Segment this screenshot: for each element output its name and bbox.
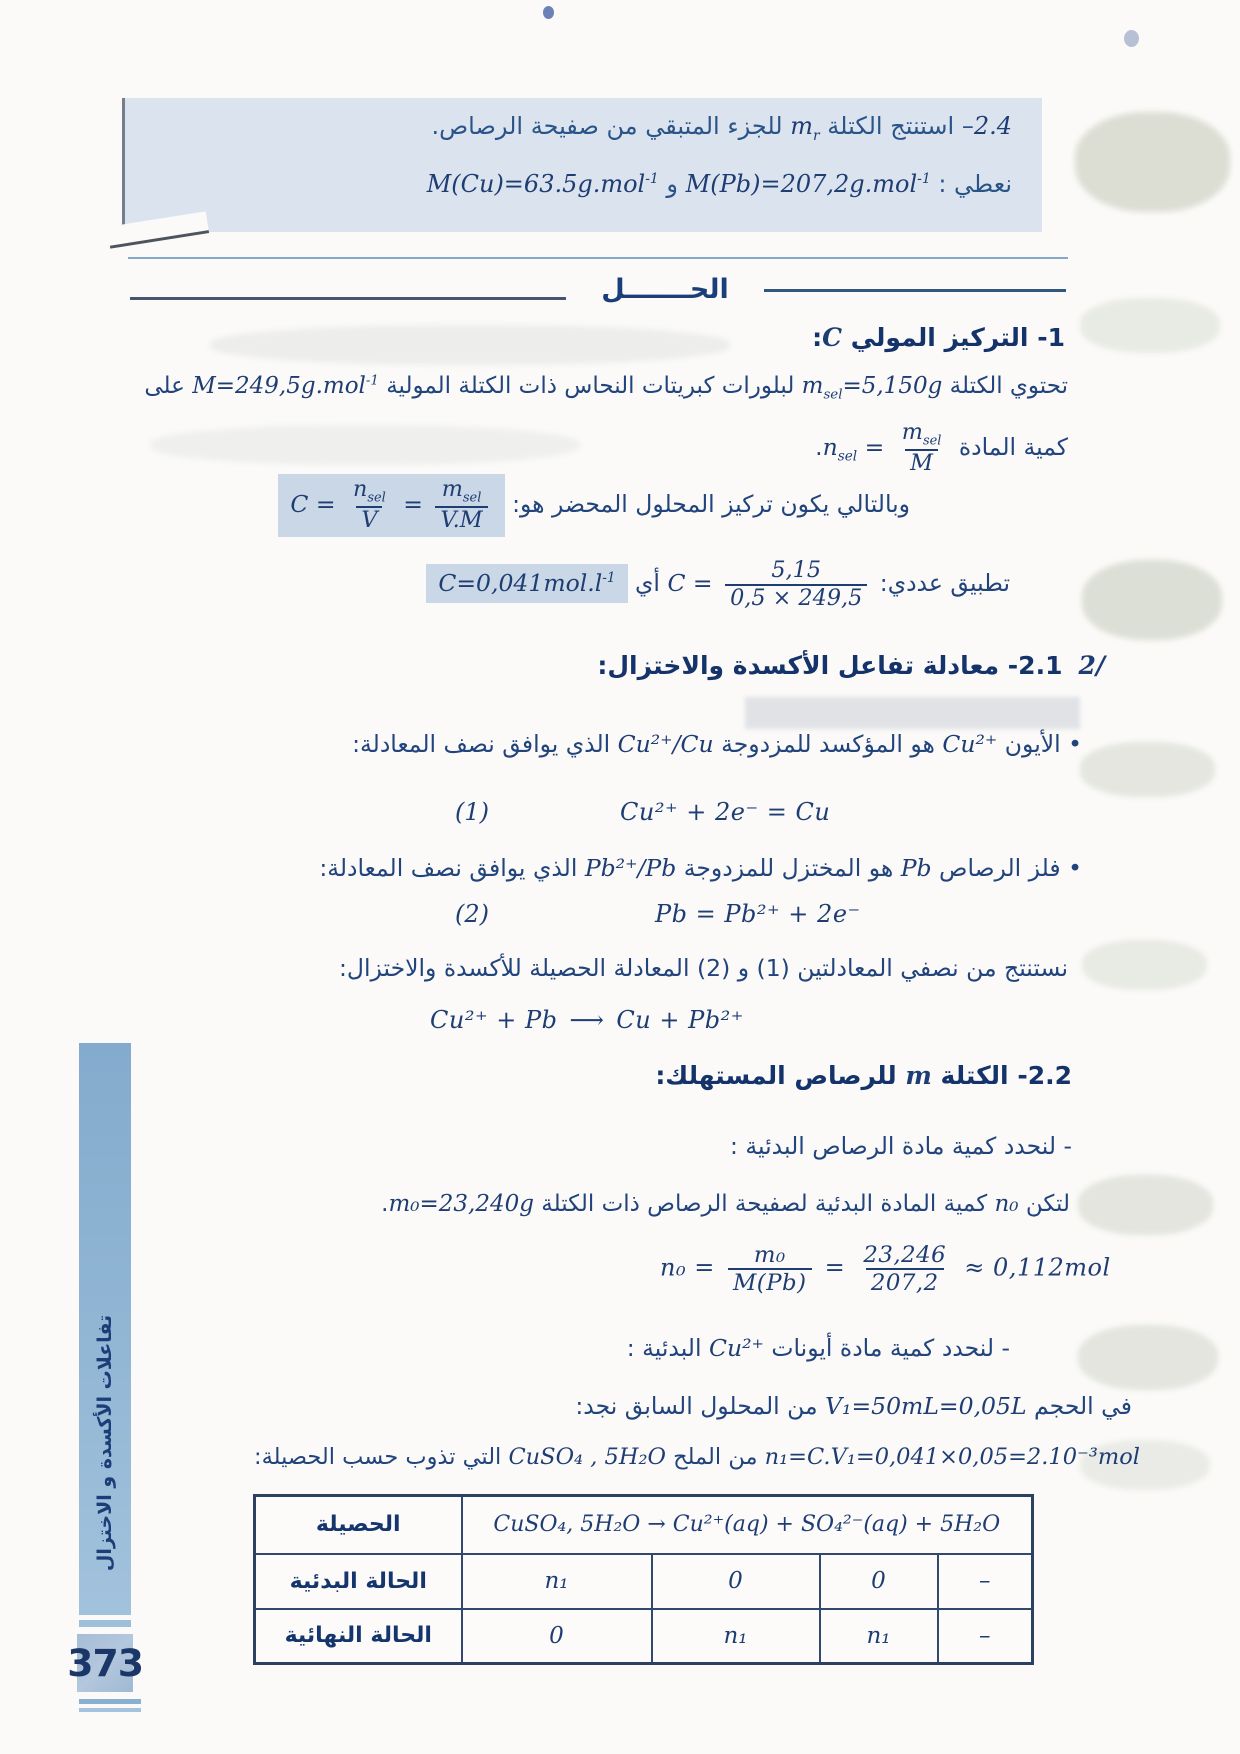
- scan-smudge: [150, 425, 580, 465]
- paragraph-numeric-application: تطبيق عددي: C = 5,150,5 × 249,5 أي C=0,0…: [426, 558, 1010, 611]
- scan-ink-dot: [543, 6, 554, 19]
- divider-rule: [128, 257, 1068, 259]
- question-line-1: 2.4– استنتج الكتلة mr للجزء المتبقي من ص…: [432, 112, 1012, 144]
- table-cell: n₁: [652, 1609, 820, 1664]
- bullet-reductant: • فلز الرصاص Pb هو المختزل للمزدوجة Pb²⁺…: [319, 852, 1082, 885]
- paragraph-volume: في الحجم V₁=50mL=0,05L من المحلول السابق…: [575, 1390, 1132, 1423]
- solution-divider-line: [764, 289, 1066, 292]
- solution-title: الحـــــــل: [566, 274, 764, 305]
- given-values-line: نعطي : M(Pb)=207,2g.mol-1 و M(Cu)=63.5g.…: [427, 170, 1012, 198]
- n0-equation: n₀ = m₀M(Pb) = 23,246207,2 ≈ 0,112mol: [660, 1242, 1111, 1296]
- row-label: الحالة النهائية: [255, 1609, 462, 1664]
- equation-1-label: (1): [455, 798, 489, 826]
- sidebar-tab: تفاعلات الأكسدة و الاختزال: [79, 1043, 131, 1615]
- scan-smudge: [1080, 742, 1215, 797]
- paragraph-n1-salt: n₁=C.V₁=0,041×0,05=2.10⁻³mol من الملح Cu…: [254, 1442, 1140, 1474]
- table-corner-label: الحصيلة: [255, 1496, 462, 1554]
- question-text: – استنتج الكتلة: [820, 112, 974, 140]
- section-22-heading: 2.2- الكتلة m للرصاص المستهلك:: [655, 1058, 1072, 1093]
- sidebar-strip: [79, 1708, 141, 1712]
- n1-value: n₁=C.V₁=0,041×0,05=2.10⁻³mol: [765, 1442, 1140, 1474]
- given-label: نعطي :: [931, 170, 1012, 198]
- and-word: و: [659, 170, 686, 198]
- table-cell: –: [938, 1609, 1033, 1664]
- table-cell: n₁: [462, 1554, 652, 1609]
- paragraph-n0-definition: لتكن n₀ كمية المادة البدئية لصفيحة الرصا…: [381, 1188, 1070, 1220]
- page-number: 373: [67, 1642, 143, 1685]
- table-cell: –: [938, 1554, 1033, 1609]
- page-number-badge: 373: [77, 1634, 133, 1692]
- table-row-final: الحالة النهائية 0 n₁ n₁ –: [255, 1609, 1033, 1664]
- paragraph-cu-ions: - لنحدد كمية مادة أيونات Cu²⁺ البدئية :: [627, 1332, 1010, 1365]
- solution-divider-line: [130, 297, 566, 300]
- exercise-marker: 2/: [1078, 648, 1105, 683]
- molar-mass-value: M=249,5g.mol-1: [192, 370, 379, 402]
- m0-value: m₀=23,240g: [388, 1188, 534, 1220]
- sidebar-label: تفاعلات الأكسدة و الاختزال: [94, 1315, 116, 1571]
- row-label: الحالة البدئية: [255, 1554, 462, 1609]
- table-cell: 0: [462, 1609, 652, 1664]
- question-box: 2.4– استنتج الكتلة mr للجزء المتبقي من ص…: [122, 98, 1042, 232]
- msel-value: msel=5,150g: [802, 370, 943, 405]
- balance-table: الحصيلة CuSO₄, 5H₂O → Cu²⁺(aq) + SO₄²⁻(a…: [253, 1494, 1034, 1665]
- equation-1: Cu²⁺ + 2e⁻ = Cu: [620, 798, 830, 826]
- scan-smudge: [1075, 112, 1230, 212]
- scan-smudge: [1082, 560, 1222, 640]
- numeric-fraction: C = 5,150,5 × 249,5: [667, 558, 872, 611]
- salt-formula: CuSO₄ , 5H₂O: [508, 1442, 665, 1474]
- paragraph-initial-lead: - لنحدد كمية مادة الرصاص البدئية :: [730, 1130, 1072, 1163]
- section-21-heading: 2/2.1- معادلة تفاعل الأكسدة والاختزال:: [597, 648, 1105, 683]
- sidebar-strip: [79, 1620, 131, 1627]
- table-cell: n₁: [820, 1609, 938, 1664]
- overall-equation: Cu²⁺ + Pb⟶Cu + Pb²⁺: [430, 1006, 744, 1034]
- question-number: 2.4: [974, 112, 1012, 140]
- scan-smudge: [210, 325, 730, 365]
- table-header-row: الحصيلة CuSO₄, 5H₂O → Cu²⁺(aq) + SO₄²⁻(a…: [255, 1496, 1033, 1554]
- sidebar-strip: [79, 1699, 141, 1704]
- paragraph-concentration: وبالتالي يكون تركيز المحلول المحضر هو: C…: [278, 474, 910, 537]
- bullet-oxidant: • الأيون Cu²⁺ هو المؤكسد للمزدوجة Cu²⁺/C…: [352, 728, 1082, 761]
- reaction-arrow: ⟶: [570, 1006, 605, 1034]
- scan-smudge: [1078, 1175, 1213, 1235]
- nsel-formula: nsel = mselM: [823, 420, 952, 477]
- scan-smudge: [1078, 1325, 1218, 1390]
- mass-variable: mr: [790, 112, 819, 144]
- table-equation: CuSO₄, 5H₂O → Cu²⁺(aq) + SO₄²⁻(aq) + 5H₂…: [462, 1496, 1033, 1554]
- paragraph-mass-crystals: تحتوي الكتلة msel=5,150g لبلورات كبريتات…: [144, 370, 1068, 405]
- equation-2-label: (2): [455, 900, 489, 928]
- table-row-initial: الحالة البدئية n₁ 0 0 –: [255, 1554, 1033, 1609]
- molar-mass-pb: M(Pb)=207,2g.mol-1: [686, 170, 931, 198]
- scanned-textbook-page: { "page": { "sidebar_label": "تفاعلات ال…: [0, 0, 1240, 1754]
- volume-value: V₁=50mL=0,05L: [825, 1390, 1027, 1423]
- paragraph-amount-formula: كمية المادة nsel = mselM.: [815, 420, 1068, 477]
- molar-mass-cu: M(Cu)=63.5g.mol-1: [427, 170, 659, 198]
- section-1-heading: 1- التركيز المولي C:: [812, 320, 1065, 355]
- paragraph-conclusion: نستنتج من نصفي المعادلتين (1) و (2) المع…: [339, 952, 1068, 985]
- concentration-variable: C: [822, 320, 842, 355]
- question-text: للجزء المتبقي من صفيحة الرصاص.: [432, 112, 791, 140]
- mass-variable: m: [905, 1058, 931, 1093]
- scan-smudge: [1080, 298, 1220, 353]
- scan-ink-dot: [1124, 30, 1139, 47]
- scan-smudge: [1082, 940, 1207, 990]
- scan-smudge: [745, 697, 1080, 729]
- equation-2: Pb = Pb²⁺ + 2e⁻: [655, 900, 861, 928]
- table-cell: 0: [820, 1554, 938, 1609]
- concentration-result: C=0,041mol.l-1: [426, 564, 627, 603]
- table-cell: 0: [652, 1554, 820, 1609]
- concentration-formula: C = nselV = mselV.M: [278, 474, 504, 537]
